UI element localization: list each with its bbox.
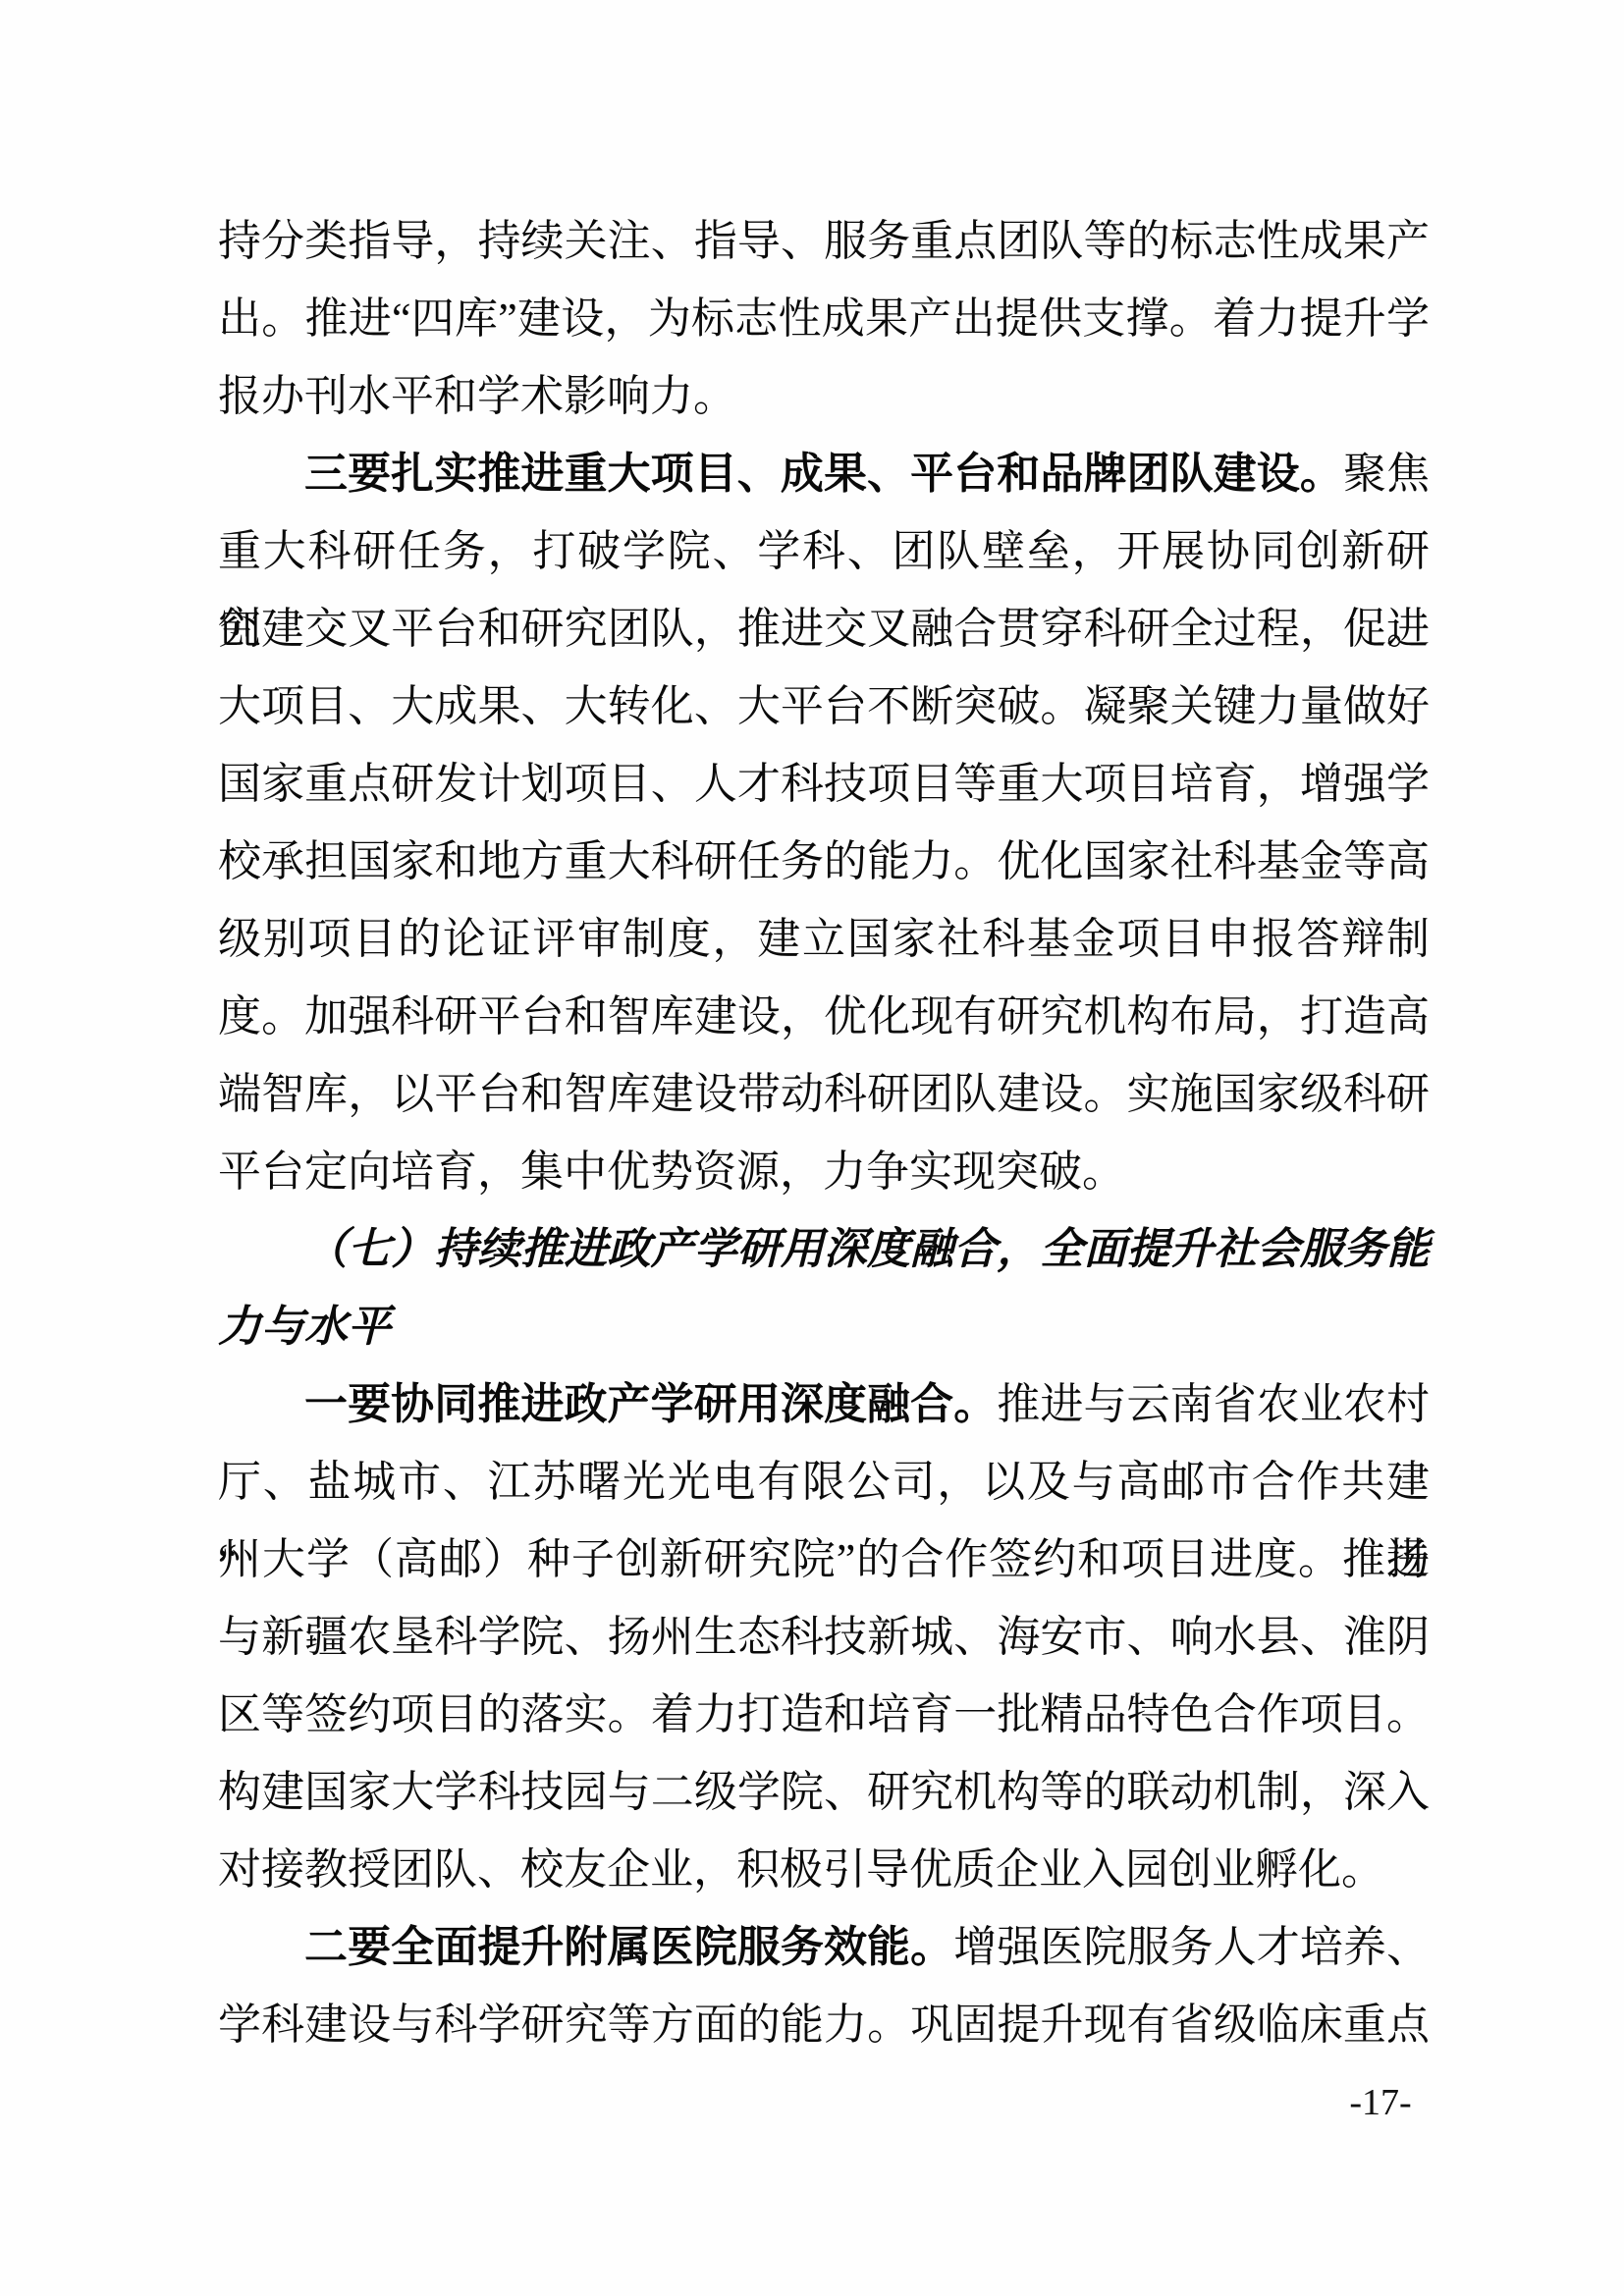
line-text: 与新疆农垦科学院、扬州生态科技新城、海安市、响水县、淮阴 — [218, 1613, 1430, 1661]
text-line-12: 端智库，以平台和智库建设带动科研团队建设。实施国家级科研 — [218, 1055, 1430, 1133]
line-text: 报办刊水平和学术影响力。 — [218, 372, 736, 420]
text-line-22: 对接教授团队、校友企业，积极引导优质企业入园创业孵化。 — [218, 1831, 1430, 1908]
page-number: -17- — [1314, 2073, 1447, 2132]
text-line-9: 校承担国家和地方重大科研任务的能力。优化国家社科基金等高 — [218, 823, 1430, 900]
line-text: 区等签约项目的落实。着力打造和培育一批精品特色合作项目。 — [218, 1690, 1430, 1738]
line-text: 构建国家大学科技园与二级学院、研究机构等的联动机制，深入 — [218, 1768, 1430, 1816]
line-text: 州大学（高邮）种子创新研究院”的合作签约和项目进度。推进 — [218, 1535, 1430, 1583]
line-text: 大项目、大成果、大转化、大平台不断突破。凝聚关键力量做好 — [218, 682, 1430, 730]
text-line-3: 报办刊水平和学术影响力。 — [218, 357, 1430, 435]
text-line-7: 大项目、大成果、大转化、大平台不断突破。凝聚关键力量做好 — [218, 667, 1430, 745]
text-line-23: 二要全面提升附属医院服务效能。增强医院服务人才培养、 — [218, 1908, 1430, 1986]
text-line-17: 厅、盐城市、江苏曙光光电有限公司，以及与高邮市合作共建“扬 — [218, 1443, 1430, 1521]
text-line-10: 级别项目的论证评审制度，建立国家社科基金项目申报答辩制 — [218, 900, 1430, 978]
line-text: 端智库，以平台和智库建设带动科研团队建设。实施国家级科研 — [218, 1070, 1430, 1118]
bold-lead-text: 二要全面提升附属医院服务效能。 — [304, 1923, 953, 1971]
line-text: 推进与云南省农业农村 — [997, 1380, 1430, 1428]
text-line-21: 构建国家大学科技园与二级学院、研究机构等的联动机制，深入 — [218, 1753, 1430, 1831]
text-line-19: 与新疆农垦科学院、扬州生态科技新城、海安市、响水县、淮阴 — [218, 1598, 1430, 1676]
text-line-20: 区等签约项目的落实。着力打造和培育一批精品特色合作项目。 — [218, 1676, 1430, 1753]
text-line-16: 一要协同推进政产学研用深度融合。推进与云南省农业农村 — [218, 1365, 1430, 1443]
text-line-11: 度。加强科研平台和智库建设，优化现有研究机构布局，打造高 — [218, 978, 1430, 1055]
text-line-24: 学科建设与科学研究等方面的能力。巩固提升现有省级临床重点 — [218, 1986, 1430, 2063]
line-text: 平台定向培育，集中优势资源，力争实现突破。 — [218, 1148, 1125, 1196]
text-line-13: 平台定向培育，集中优势资源，力争实现突破。 — [218, 1133, 1430, 1210]
text-line-6: 创建交叉平台和研究团队，推进交叉融合贯穿科研全过程，促进 — [218, 590, 1430, 667]
text-line-2: 出。推进“四库”建设，为标志性成果产出提供支撑。着力提升学 — [218, 280, 1430, 357]
line-text: 出。推进“四库”建设，为标志性成果产出提供支撑。着力提升学 — [218, 294, 1430, 343]
document-page: { "page": { "number_label": "-17-", "bac… — [0, 0, 1624, 2296]
line-text: 聚焦 — [1343, 450, 1430, 498]
line-text: 对接教授团队、校友企业，积极引导优质企业入园创业孵化。 — [218, 1845, 1384, 1894]
line-text: 度。加强科研平台和智库建设，优化现有研究机构布局，打造高 — [218, 992, 1430, 1041]
section-heading-line-1: （七）持续推进政产学研用深度融合，全面提升社会服务能 — [218, 1210, 1430, 1288]
text-line-1: 持分类指导，持续关注、指导、服务重点团队等的标志性成果产 — [218, 202, 1430, 280]
section-heading-text: 力与水平 — [218, 1303, 391, 1351]
line-text: 创建交叉平台和研究团队，推进交叉融合贯穿科研全过程，促进 — [218, 605, 1430, 653]
text-line-18: 州大学（高邮）种子创新研究院”的合作签约和项目进度。推进 — [218, 1521, 1430, 1598]
text-line-4: 三要扎实推进重大项目、成果、平台和品牌团队建设。聚焦 — [218, 435, 1430, 512]
line-text: 增强医院服务人才培养、 — [953, 1923, 1430, 1971]
line-text: 级别项目的论证评审制度，建立国家社科基金项目申报答辩制 — [218, 915, 1430, 963]
section-heading-text: （七）持续推进政产学研用深度融合，全面提升社会服务能 — [304, 1225, 1430, 1273]
text-block: 持分类指导，持续关注、指导、服务重点团队等的标志性成果产 出。推进“四库”建设，… — [218, 202, 1430, 2063]
line-text: 国家重点研发计划项目、人才科技项目等重大项目培育，增强学 — [218, 760, 1430, 808]
section-heading-line-2: 力与水平 — [218, 1288, 1430, 1365]
text-line-5: 重大科研任务，打破学院、学科、团队壁垒，开展协同创新研究。 — [218, 512, 1430, 590]
line-text: 校承担国家和地方重大科研任务的能力。优化国家社科基金等高 — [218, 837, 1430, 885]
bold-lead-text: 一要协同推进政产学研用深度融合。 — [304, 1380, 997, 1428]
line-text: 持分类指导，持续关注、指导、服务重点团队等的标志性成果产 — [218, 217, 1430, 265]
text-line-8: 国家重点研发计划项目、人才科技项目等重大项目培育，增强学 — [218, 745, 1430, 823]
line-text: 学科建设与科学研究等方面的能力。巩固提升现有省级临床重点 — [218, 2001, 1430, 2049]
bold-lead-text: 三要扎实推进重大项目、成果、平台和品牌团队建设。 — [304, 450, 1343, 498]
